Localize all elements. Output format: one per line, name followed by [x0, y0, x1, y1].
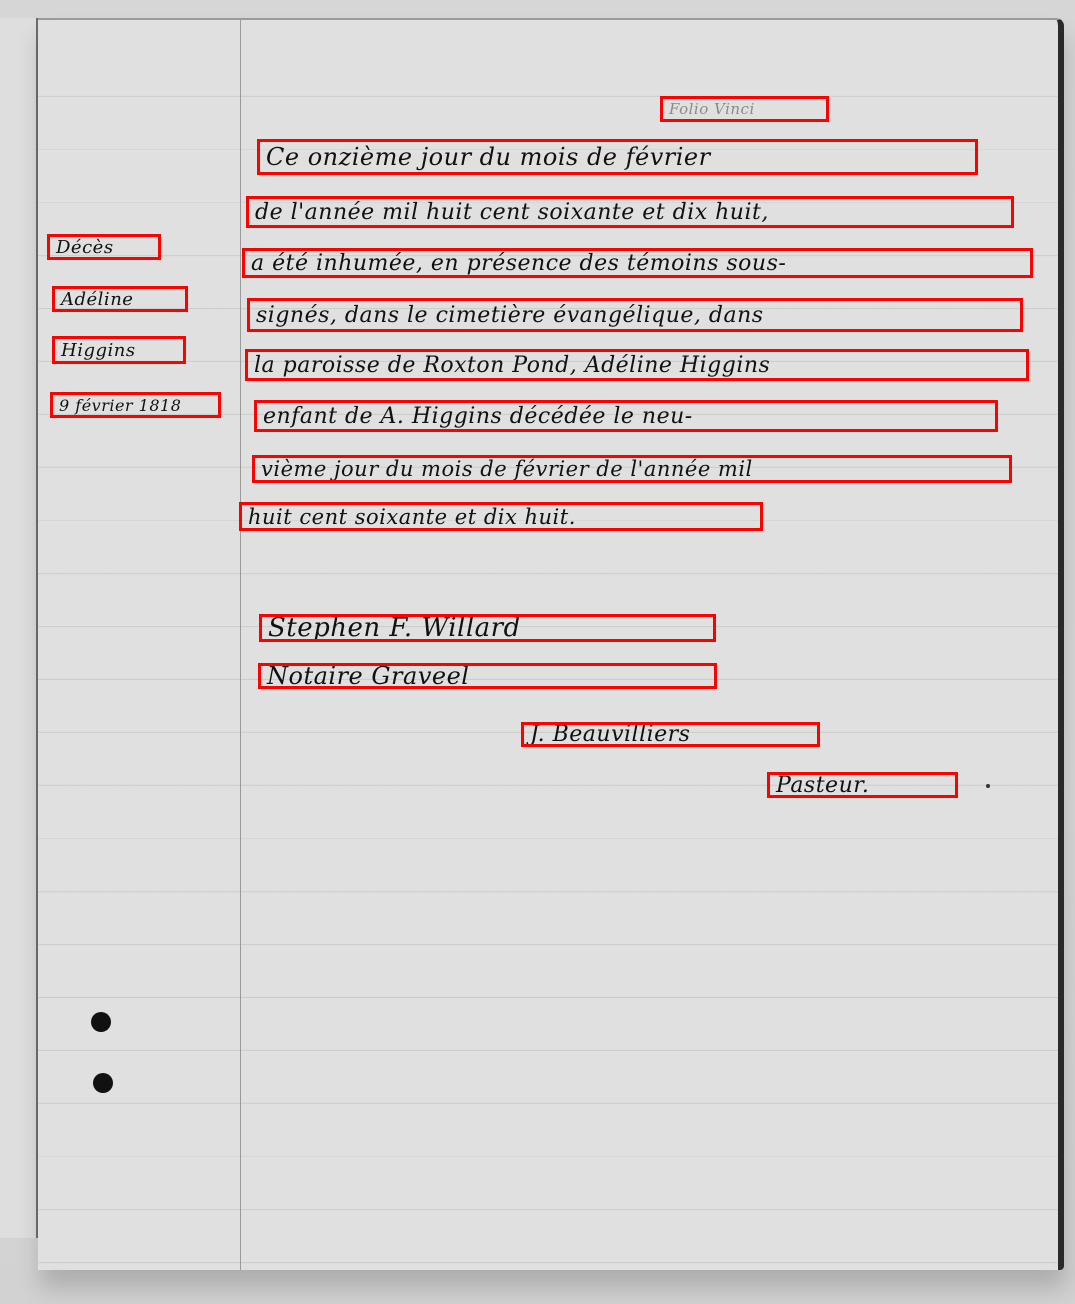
binder-hole-icon: [91, 1012, 111, 1032]
record-line-text: la paroisse de Roxton Pond, Adéline Higg…: [254, 353, 770, 378]
record-line-text: Ce onzième jour du mois de février: [266, 143, 711, 171]
margin-rule: [240, 20, 241, 1270]
margin-surname-text: Higgins: [61, 340, 136, 361]
margin-given-name: Adéline: [52, 286, 188, 312]
record-line-text: vième jour du mois de février de l'année…: [261, 457, 753, 481]
record-line-text: signés, dans le cimetière évangélique, d…: [256, 303, 764, 328]
margin-date-text: 9 février 1818: [59, 396, 181, 415]
margin-heading: Décès: [47, 234, 161, 260]
record-line-1: Ce onzième jour du mois de février: [257, 139, 978, 175]
margin-date: 9 février 1818: [50, 392, 221, 418]
pastor-title-text: Pasteur.: [776, 773, 869, 798]
folio-note: Folio Vinci: [660, 96, 829, 122]
record-line-5: la paroisse de Roxton Pond, Adéline Higg…: [245, 349, 1029, 381]
margin-given-name-text: Adéline: [61, 289, 133, 310]
previous-page-edge: [0, 18, 39, 1238]
scanned-register-page: Folio Vinci Décès Adéline Higgins 9 févr…: [0, 0, 1075, 1304]
signature-witness: Stephen F. Willard: [259, 614, 716, 642]
signature-pastor: J. Beauvilliers: [521, 722, 820, 747]
folio-note-text: Folio Vinci: [669, 100, 755, 118]
pastor-title: Pasteur.: [767, 772, 958, 798]
ink-dot: [986, 784, 990, 788]
signature-pastor-text: J. Beauvilliers: [530, 722, 690, 747]
record-line-7: vième jour du mois de février de l'année…: [252, 455, 1012, 483]
record-line-6: enfant de A. Higgins décédée le neu-: [254, 400, 998, 432]
record-line-text: huit cent soixante et dix huit.: [248, 505, 576, 529]
record-line-text: de l'année mil huit cent soixante et dix…: [255, 200, 769, 225]
signature-witness-text: Stephen F. Willard: [268, 614, 521, 642]
signature-witness-2-text: Notaire Graveel: [267, 663, 469, 689]
record-line-3: a été inhumée, en présence des témoins s…: [242, 248, 1033, 278]
signature-witness-2: Notaire Graveel: [258, 663, 717, 689]
record-line-text: a été inhumée, en présence des témoins s…: [251, 251, 786, 276]
record-line-2: de l'année mil huit cent soixante et dix…: [246, 196, 1014, 228]
record-line-4: signés, dans le cimetière évangélique, d…: [247, 298, 1023, 332]
margin-surname: Higgins: [52, 336, 186, 364]
binder-hole-icon: [93, 1073, 113, 1093]
record-line-8: huit cent soixante et dix huit.: [239, 502, 763, 531]
margin-heading-text: Décès: [56, 237, 114, 258]
record-line-text: enfant de A. Higgins décédée le neu-: [263, 404, 693, 429]
